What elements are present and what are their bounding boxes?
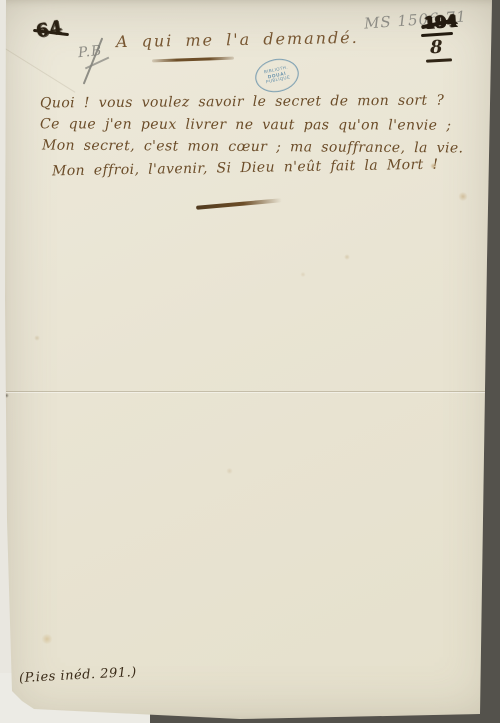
footer-reference: (P.ies inéd. 291.) xyxy=(19,665,137,686)
foxing-spot xyxy=(458,192,468,201)
poem-line-2: Ce que j'en peux livrer ne vaut pas qu'o… xyxy=(40,116,451,133)
scan-background: 64 P.B A qui me l'a demandé. MS 1506-71 … xyxy=(0,0,500,723)
poem-line-3: Mon secret, c'est mon cœur ; ma souffran… xyxy=(42,138,464,157)
foxing-spot xyxy=(226,468,233,474)
foxing-spot xyxy=(300,272,306,277)
fold-crease-highlight xyxy=(6,392,486,393)
foxing-spot xyxy=(34,335,40,341)
cancelled-number-underline xyxy=(421,32,453,37)
title-underline xyxy=(152,57,234,62)
folio-number-underline xyxy=(426,58,452,62)
poem-line-4: Mon effroi, l'avenir, Si Dieu n'eût fait… xyxy=(52,157,439,180)
foxing-spot xyxy=(41,634,53,644)
paper-sheet: 64 P.B A qui me l'a demandé. MS 1506-71 … xyxy=(0,0,500,723)
library-stamp-text: BIBLIOTH. DOUAI PUBLIQUE xyxy=(263,66,290,86)
folio-number: 8 xyxy=(430,37,443,58)
corner-crease xyxy=(0,44,75,93)
foxing-spot xyxy=(430,163,437,169)
foxing-spot xyxy=(344,254,350,260)
manuscript-title: A qui me l'a demandé. xyxy=(116,28,359,51)
ink-separator-flourish xyxy=(196,198,282,209)
library-stamp: BIBLIOTH. DOUAI PUBLIQUE xyxy=(252,55,302,96)
poem-line-1: Quoi ! vous voulez savoir le secret de m… xyxy=(40,93,444,112)
